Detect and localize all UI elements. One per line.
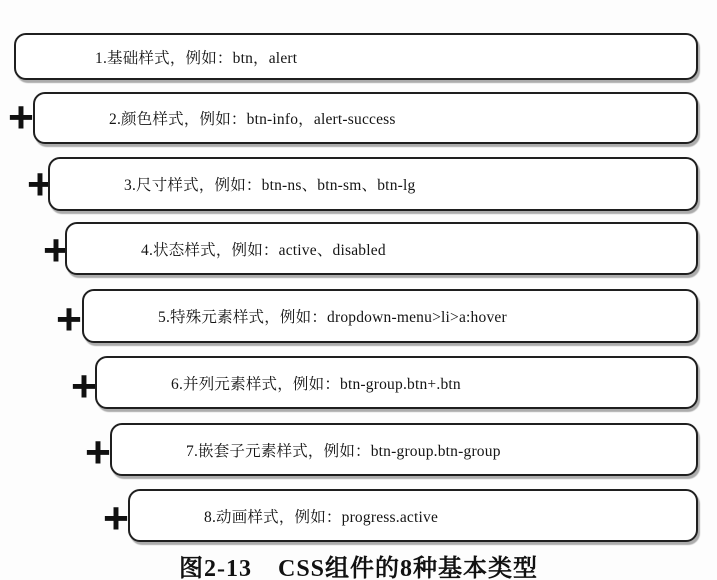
style-type-label-7: 7.嵌套子元素样式，例如：btn-group.btn-group [186, 439, 501, 461]
figure-diagram: 1.基础样式，例如：btn，alert + 2.颜色样式，例如：btn-info… [0, 0, 717, 580]
style-type-label-5: 5.特殊元素样式，例如：dropdown-menu>li>a:hover [158, 305, 507, 327]
style-type-label-4: 4.状态样式，例如：active、disabled [141, 238, 386, 260]
plus-icon: + [103, 502, 129, 534]
style-type-box-8: 8.动画样式，例如：progress.active [128, 489, 698, 542]
style-type-label-2: 2.颜色样式，例如：btn-info，alert-success [109, 107, 396, 129]
figure-title: CSS组件的8种基本类型 [278, 556, 538, 580]
style-type-box-2: 2.颜色样式，例如：btn-info，alert-success [33, 92, 698, 144]
figure-caption: 图2-13CSS组件的8种基本类型 [0, 548, 717, 580]
figure-number: 图2-13 [179, 556, 252, 580]
style-type-box-6: 6.并列元素样式，例如：btn-group.btn+.btn [95, 356, 698, 409]
style-type-box-4: 4.状态样式，例如：active、disabled [65, 222, 698, 275]
style-type-box-3: 3.尺寸样式，例如：btn-ns、btn-sm、btn-lg [48, 157, 698, 211]
style-type-box-7: 7.嵌套子元素样式，例如：btn-group.btn-group [110, 423, 698, 476]
style-type-label-8: 8.动画样式，例如：progress.active [204, 505, 438, 527]
plus-icon: + [8, 101, 34, 133]
style-type-box-1: 1.基础样式，例如：btn，alert [14, 33, 698, 80]
style-type-label-3: 3.尺寸样式，例如：btn-ns、btn-sm、btn-lg [124, 173, 415, 195]
plus-icon: + [85, 436, 111, 468]
plus-icon: + [71, 370, 97, 402]
style-type-label-1: 1.基础样式，例如：btn，alert [95, 46, 297, 68]
plus-icon: + [56, 303, 82, 335]
style-type-box-5: 5.特殊元素样式，例如：dropdown-menu>li>a:hover [82, 289, 698, 343]
style-type-label-6: 6.并列元素样式，例如：btn-group.btn+.btn [171, 372, 461, 394]
